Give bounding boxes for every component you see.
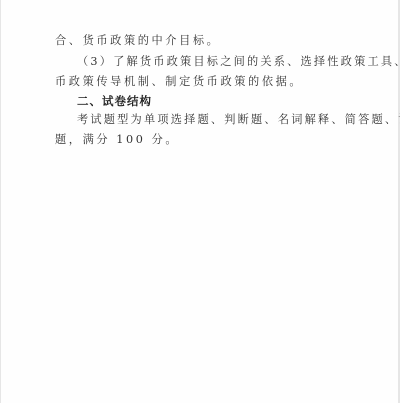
paragraph-line: （3）了解货币政策目标之间的关系、选择性政策工具、货 bbox=[77, 55, 373, 69]
document-page: 合、货币政策的中介目标。 （3）了解货币政策目标之间的关系、选择性政策工具、货 … bbox=[0, 0, 400, 403]
paragraph-line: 题，满分 100 分。 bbox=[55, 133, 351, 147]
paragraph-line: 合、货币政策的中介目标。 bbox=[55, 34, 351, 48]
paragraph-line: 考试题型为单项选择题、判断题、名词解释、简答题、论述 bbox=[77, 113, 373, 127]
paragraph-line: 币政策传导机制、制定货币政策的依据。 bbox=[55, 75, 351, 89]
section-heading: 二、试卷结构 bbox=[77, 94, 373, 108]
